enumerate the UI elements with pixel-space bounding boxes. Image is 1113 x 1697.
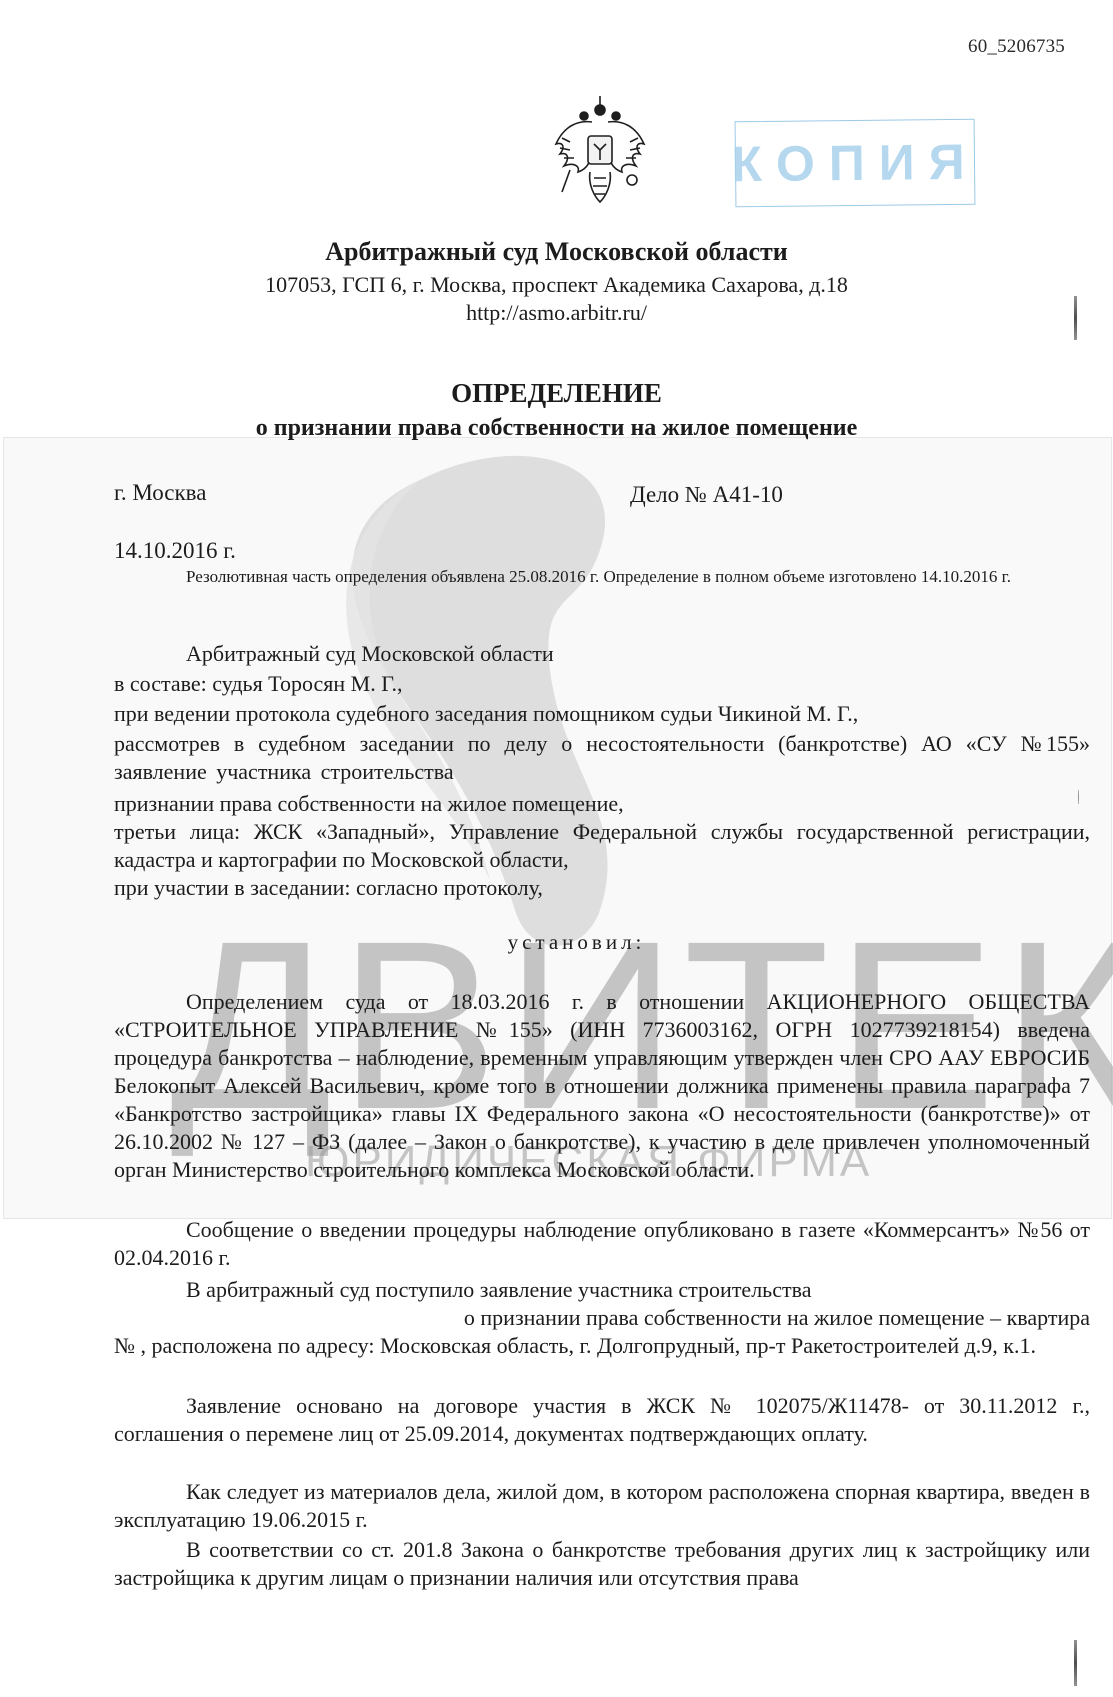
document-date: 14.10.2016 г. <box>114 538 236 564</box>
preamble-line-1: Арбитражный суд Московской области <box>114 640 1090 668</box>
scan-mark <box>1074 1640 1077 1686</box>
court-address: 107053, ГСП 6, г. Москва, проспект Акаде… <box>0 272 1113 298</box>
established-heading: установил: <box>0 930 1113 955</box>
paragraph-3: В арбитражный суд поступило заявление уч… <box>114 1276 1090 1304</box>
paragraph-4: Заявление основано на договоре участия в… <box>114 1392 1090 1448</box>
paragraph-2: Сообщение о введении процедуры наблюдени… <box>114 1216 1090 1272</box>
court-name: Арбитражный суд Московской области <box>0 237 1113 267</box>
paragraph-6: В соответствии со ст. 201.8 Закона о бан… <box>114 1536 1090 1592</box>
paragraph-3-cont: о признании права собственности на жилое… <box>365 1304 1090 1332</box>
document-subtitle: о признании права собственности на жилое… <box>0 415 1113 442</box>
preamble-line-4: рассмотрев в судебном заседании по делу … <box>114 730 1090 786</box>
paragraph-5: Как следует из материалов дела, жилой до… <box>114 1478 1090 1534</box>
document-id: 60_5206735 <box>968 36 1065 58</box>
preamble-line-7: при участии в заседании: согласно проток… <box>114 874 1090 902</box>
city: г. Москва <box>114 480 206 506</box>
scan-mark <box>1074 296 1077 340</box>
preamble-line-5: признании права собственности на жилое п… <box>114 790 1090 818</box>
paragraph-3-address: № , расположена по адресу: Московская об… <box>114 1332 1090 1360</box>
preamble-line-6: третьи лица: ЖСК «Западный», Управление … <box>114 818 1090 874</box>
coat-of-arms-icon <box>548 92 652 206</box>
case-number: Дело № А41-10 <box>630 482 783 508</box>
copy-stamp: КОПИЯ <box>735 119 976 208</box>
court-url[interactable]: http://asmo.arbitr.ru/ <box>0 300 1113 326</box>
preamble-line-2: в составе: судья Торосян М. Г., <box>114 670 1090 698</box>
document-title: ОПРЕДЕЛЕНИЕ <box>0 378 1113 409</box>
paragraph-1: Определением суда от 18.03.2016 г. в отн… <box>114 988 1090 1184</box>
preamble-line-3: при ведении протокола судебного заседани… <box>114 700 1090 728</box>
scan-mark <box>1078 790 1079 804</box>
resolution-note: Резолютивная часть определения объявлена… <box>114 566 1090 588</box>
copy-stamp-text: КОПИЯ <box>731 133 979 194</box>
